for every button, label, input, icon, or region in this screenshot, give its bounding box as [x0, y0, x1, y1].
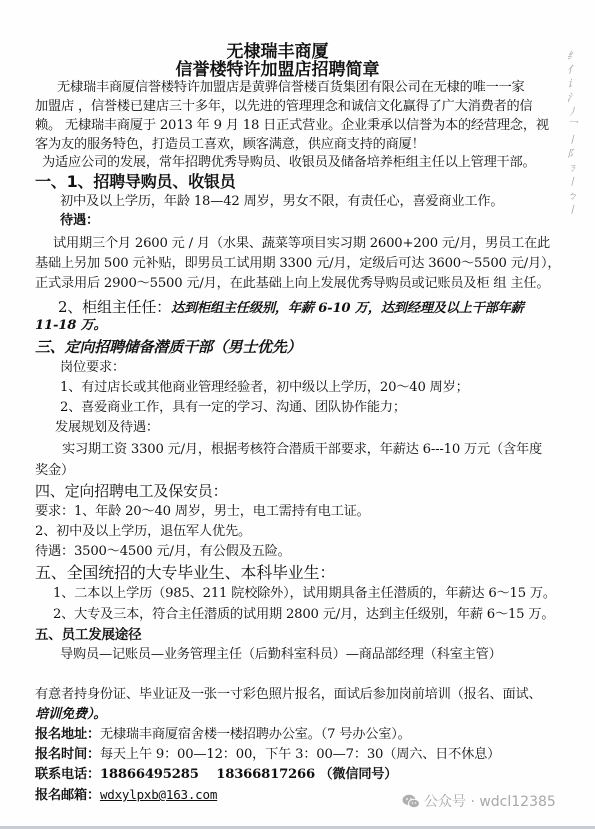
section4-line-1: 要求：1、年龄 20～40 周岁，男士，电工需持有电工证。 [35, 504, 370, 520]
section1-benefits-3: 正式录用后 2900～5500 元/月，在此基础上向上发展优秀导购员或记账员及柜… [35, 276, 549, 292]
apply-line-2: 培训免费）。 [35, 707, 106, 723]
watermark-text: 公众号 · wdcl12385 [424, 791, 556, 811]
margin-handwriting: 纟亻 讠 氵 丿 乛 丨 阝 ㄋ 丨 ㄅ 丨 [567, 50, 577, 218]
section5-line-1: 1、二本以上学历（985、211 院校除外），试用期具备主任潜质的，年薪达 6～… [53, 586, 556, 602]
time-value: 每天上午 9：00—12：00，下午 3：00—7：30（周六、日不休息） [100, 747, 500, 762]
section6-path: 导购员—记账员—业务管理主任（后勤科室科员）—商品部经理（科室主管） [60, 647, 502, 663]
sub2-heading: 2、柜组主任任： [58, 298, 171, 316]
recruitment-flyer: 无棣瑞丰商厦 信誉楼特许加盟店招聘简章 无棣瑞丰商厦信誉楼特许加盟店是黄骅信誉楼… [0, 0, 595, 829]
section5-line-2: 2、大专及三本，符合主任潜质的试用期 2800 元/月，达到主任级别，年薪 6～… [53, 607, 554, 623]
section3-req-2: 2、喜爱商业工作，具有一定的学习、沟通、团队协作能力； [60, 400, 406, 416]
sub2-text: 达到柜组主任级别，年薪 6-10 万，达到经理及以上干部年薪 [171, 301, 524, 316]
intro-line-3: 赖。 无棣瑞丰商厦于 2013 年 9 月 18 日正式营业。企业秉承以信誉为本… [35, 118, 549, 134]
section4-heading: 四、定向招聘电工及保安员： [35, 482, 227, 500]
section3-req-1: 1、有过店长或其他商业管理经验者，初中级以上学历，20～40 周岁； [60, 380, 469, 396]
intro-line-5: 为适应公司的发展，常年招聘优秀导购员、收银员及储备培养柜组主任以上管理干部。 [42, 155, 536, 171]
address-value: 无棣瑞丰商厦宿舍楼一楼招聘办公室。（7 号办公室）。 [100, 727, 411, 742]
apply-line-1: 有意者持身份证、毕业证及一张一寸彩色照片报名，面试后参加岗前培训（报名、面试、 [35, 687, 542, 703]
title-recruitment: 信誉楼特许加盟店招聘简章 [0, 61, 555, 80]
section1-benefits-1: 试用期三个月 2600 元 / 月（水果、蔬菜等项目实习期 2600+200 元… [53, 236, 550, 252]
phone-value: 18866495285 18366817266 （微信同号） [100, 767, 397, 782]
section3-req-label: 岗位要求： [60, 360, 125, 376]
section3-plan-2: 奖金） [35, 463, 74, 479]
wechat-icon [402, 794, 420, 809]
section1-benefits-label: 待遇： [60, 213, 99, 229]
phone-label: 联系电话： [35, 767, 100, 782]
section1-sub2: 2、柜组主任任：达到柜组主任级别，年薪 6-10 万，达到经理及以上干部年薪 [58, 298, 524, 317]
apply-phone: 联系电话：18866495285 18366817266 （微信同号） [35, 767, 397, 783]
email-label: 报名邮箱： [35, 788, 100, 803]
section3-plan-1: 实习期工资 3300 元/月，根据考核符合潜质干部要求，年薪达 6---10 万… [62, 442, 542, 458]
section4-line-2: 2、初中及以上学历，退伍军人优先。 [35, 524, 251, 540]
section4-line-3: 待遇：3500～4500 元/月，有公假及五险。 [35, 544, 291, 560]
section1-sub2-line2: 11-18 万。 [35, 318, 107, 334]
address-label: 报名地址： [35, 727, 100, 742]
time-label: 报名时间： [35, 747, 100, 762]
intro-line-1: 无棣瑞丰商厦信誉楼特许加盟店是黄骅信誉楼百货集团有限公司在无棣的唯一一家 [57, 80, 525, 96]
wechat-watermark: 公众号 · wdcl12385 [402, 791, 556, 811]
section3-plan-label: 发展规划及待遇： [55, 420, 159, 436]
section1-heading: 一、1、招聘导购员、收银员 [35, 172, 236, 191]
section1-requirement: 初中及以上学历，年龄 18—42 周岁，男女不限，有责任心，喜爱商业工作。 [60, 194, 503, 210]
apply-time: 报名时间：每天上午 9：00—12：00，下午 3：00—7：30（周六、日不休… [35, 747, 500, 763]
apply-address: 报名地址：无棣瑞丰商厦宿舍楼一楼招聘办公室。（7 号办公室）。 [35, 727, 411, 743]
section3-heading: 三、定向招聘储备潜质干部（男士优先） [35, 338, 301, 356]
intro-line-2: 加盟店 ，信誉楼已建店三十多年，以先进的管理理念和诚信文化赢得了广大消费者的信 [35, 99, 533, 115]
intro-line-4: 客为友的服务特色，打造员工喜欢，顾客满意，供应商支持的商厦！ [35, 137, 425, 153]
apply-email: 报名邮箱：wdxylpxb@163.com [35, 787, 217, 804]
section6-heading: 五、员工发展途径 [35, 627, 141, 643]
email-link[interactable]: wdxylpxb@163.com [100, 787, 217, 802]
section5-heading: 五、全国统招的大专毕业生、本科毕业生： [35, 563, 335, 582]
section1-benefits-2: 基础上另加 500 元补贴，即男员工试用期 3300 元/月，定级后可达 360… [35, 256, 560, 272]
